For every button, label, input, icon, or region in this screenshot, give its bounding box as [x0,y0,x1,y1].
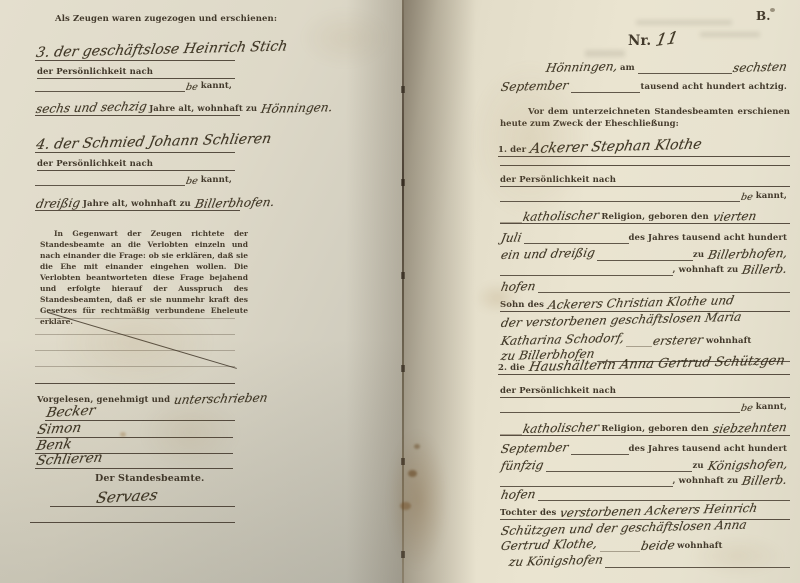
groom-birth-year-line: ein und dreißig zu Billerbhofen, [500,243,790,261]
groom-lineage-line-2: der verstorbenen geschäftslosen Maria [500,311,790,329]
rule-gap [500,260,673,276]
bride-item-line: 2. die Haushälterin Anna Gertrud Schützg… [498,356,790,375]
rule-gap [760,501,790,519]
kannt-label: kannt, [201,82,232,91]
lineage-hand: Ackerers Christian Klothe und [547,294,735,311]
kannt-label: kannt, [201,176,232,185]
rule-gap [524,226,628,244]
bride-religion-line: katholischer Religion, geboren den siebz… [500,415,790,436]
bride-birth-year-line: fünfzig zu Königshofen, [500,454,790,472]
binding-stitches [401,0,405,583]
bride-residence-cont-line: hofen [500,487,790,501]
age-label: Jahre alt, wohnhaft zu [83,200,191,209]
nr-value-hand: 11 [654,30,680,50]
bride-lineage-line-3: Gertrud Klothe, beide wohnhaft [500,536,790,552]
rule-gap [500,203,522,223]
witness2-kannt-line: be kannt, [35,172,235,186]
declaration-paragraph: In Gegenwart der Zeugen richtete der Sta… [40,228,248,327]
groom-birth-month-line: Juli des Jahres tausend acht hundert [500,226,790,244]
rule-gap [704,136,790,156]
blank-rule [500,165,790,166]
fold-shadow-left [346,0,404,583]
bride-birth-place-hand: Königshofen, [707,458,789,472]
rule-gap [500,188,740,202]
groom-lineage-line-1: Sohn des Ackerers Christian Klothe und [500,293,790,312]
groom-kannt-line: be kannt, [500,188,790,202]
bride-religion-hand: katholischer [522,421,600,435]
lineage-hand: Gertrud Klothe, [500,537,598,552]
year-line-label: des Jahres tausend acht hundert [629,234,787,243]
rule-gap [50,488,95,506]
place-hand: Hönningen, [545,60,619,74]
bride-residence-line: , wohnhaft zu Billerb. [500,471,790,487]
signature-line: Schlieren [35,452,233,469]
witness2-age-hand: dreißig [35,197,81,210]
bride-item-label: 2. die [498,364,525,373]
kannt-prefix-hand: be [740,192,754,202]
religion-label: Religion, geboren den [601,213,709,222]
date-line-2: September tausend acht hundert achtzig. [500,75,790,93]
groom-residence-cont-line: hofen [500,277,790,293]
scanned-register-spread: Als Zeugen waren zugezogen und erschiene… [0,0,800,583]
groom-birth-place-hand: Billerbhofen, [707,247,789,261]
bride-name-hand: Haushälterin Anna Gertrud Schützgen [528,354,786,374]
bride-birth-month-hand: September [500,441,569,455]
kannt-prefix-hand: be [185,82,199,92]
witness-header-text: Als Zeugen waren zugezogen und erschiene… [55,15,277,24]
rule-gap [597,243,693,261]
lineage-hand: Schützgen und der geschäftslosen Anna [500,519,748,537]
bride-lineage-line-2: Schützgen und der geschäftslosen Anna [500,519,790,537]
kannt-label: kannt, [756,192,787,201]
blank-rule [35,366,235,367]
rule-gap [786,356,790,374]
nr-label: Nr. [628,34,651,49]
lineage-hand: beide [640,539,676,552]
rule-gap [605,552,790,568]
rule-gap [600,536,640,552]
bride-kannt-line: be kannt, [500,399,790,413]
blank-rule [35,350,235,351]
am-label: am [620,64,635,73]
year-line-label: des Jahres tausend acht hundert [629,445,787,454]
religion-label: Religion, geboren den [601,425,709,434]
section-rule [35,383,235,384]
age-label: Jahre alt, wohnhaft zu [149,105,257,114]
blank-rule [30,522,235,523]
corner-label: B. [756,10,774,24]
bride-birth-day-hand: siebzehnten [712,421,788,435]
zu-label: zu [693,251,704,260]
witness2-age-line: dreißig Jahre alt, wohnhaft zu Billerbho… [35,188,240,211]
groom-item-line: 1. der Ackerer Stephan Klothe [498,136,790,157]
wohnhaft-label: , wohnhaft zu [673,477,739,486]
rule-gap [156,156,235,170]
registrar-signature: Servaes [95,488,159,506]
bride-persona-line: der Persönlichkeit nach [500,383,790,398]
signature-line: Becker [45,404,235,421]
year-label: tausend acht hundert achtzig. [640,83,787,92]
groom-item-label: 1. der [498,146,526,155]
zu-label: zu [692,462,703,471]
rule-gap [626,329,652,347]
day-hand: sechsten [732,61,788,74]
lineage-hand: Katharina Schodorf, [500,332,625,347]
lineage-label: Sohn des [500,301,544,310]
rule-gap [619,172,790,186]
kannt-prefix-hand: be [740,403,754,413]
record-number-line: Nr. 11 [628,30,680,50]
groom-residence-cont-hand: hofen [500,280,537,293]
witness1-age-hand: sechs und sechzig [35,100,148,115]
rule-gap [619,383,790,397]
groom-religion-hand: katholischer [522,209,600,223]
persona-label: der Persönlichkeit nach [500,176,616,185]
blank-rule [35,334,235,335]
rule-gap [538,277,790,293]
rule-gap [35,172,185,186]
witness2-persona-line: der Persönlichkeit nach [37,156,235,171]
witness-signature: Simon [36,421,82,437]
persona-label: der Persönlichkeit nach [37,68,153,77]
witness-signature: Schlieren [35,451,104,468]
groom-birth-day-hand: vierten [712,210,758,223]
corner-label-text: B. [756,10,771,23]
rule-gap [156,63,235,78]
witness-header: Als Zeugen waren zugezogen und erschiene… [55,15,280,25]
rule-gap [500,471,673,487]
rule-gap [638,54,733,74]
lineage-hand: ersterer [652,334,704,347]
witness1-residence-hand: Hönningen. [260,101,334,115]
groom-name-hand: Ackerer Stephan Klothe [529,138,703,156]
wohnhaft-word: wohnhaft [706,337,751,346]
persona-label: der Persönlichkeit nach [37,160,153,169]
kannt-prefix-hand: be [185,176,199,186]
intro-paragraph: Vor dem unterzeichneten Standesbeamten e… [500,106,790,130]
groom-persona-line: der Persönlichkeit nach [500,172,790,187]
rule-gap [159,488,235,506]
registrar-label: Der Standesbeamte. [95,474,204,484]
witness1-name-line: 3. der geschäftslose Heinrich Stich [35,34,235,61]
rule-gap [546,454,692,472]
witness1-age-line: sechs und sechzig Jahre alt, wohnhaft zu… [35,93,240,116]
registrar-label-line: Der Standesbeamte. [95,474,207,485]
rule-gap [500,399,740,413]
rule-gap [500,415,522,435]
bride-lineage-line-4: zu Königshofen [508,552,790,568]
rule-gap [571,437,629,455]
lineage-label: Tochter des [500,509,556,518]
fold-shadow-right [404,0,476,583]
groom-residence-line: , wohnhaft zu Billerb. [500,260,790,276]
rule-gap [736,293,790,311]
bride-residence-hand: Billerb. [741,474,788,487]
lineage-hand: der verstorbenen geschäftslosen Maria [500,311,743,329]
rule-gap [538,487,790,501]
rule-gap [571,75,641,93]
kannt-label: kannt, [756,403,787,412]
wohnhaft-word: wohnhaft [677,542,722,551]
witness-signature: Becker [45,404,96,420]
month-hand: September [500,79,569,93]
signature-line: Simon [36,421,233,438]
rule-gap [35,78,185,92]
registrar-signature-line: Servaes [50,488,235,507]
lineage-hand: zu Königshofen [508,554,604,568]
groom-lineage-line-3: Katharina Schodorf, ersterer wohnhaft [500,329,790,347]
wohnhaft-label: , wohnhaft zu [673,266,739,275]
witness1-persona-line: der Persönlichkeit nach [37,63,235,79]
witness2-residence-hand: Billerbhofen. [194,196,276,210]
groom-birth-year-hand: ein und dreißig [500,247,596,261]
groom-religion-line: katholischer Religion, geboren den viert… [500,203,790,224]
bride-birth-month-line: September des Jahres tausend acht hunder… [500,437,790,455]
witness1-kannt-line: be kannt, [35,78,235,92]
persona-label: der Persönlichkeit nach [500,387,616,396]
bride-residence-cont-hand: hofen [500,488,537,501]
witness2-name-line: 4. der Schmied Johann Schlieren [35,124,235,153]
groom-residence-hand: Billerb. [741,263,788,276]
date-line-1: Hönningen, am sechsten [545,54,790,74]
lineage-hand: verstorbenen Ackerers Heinrich [559,502,758,519]
